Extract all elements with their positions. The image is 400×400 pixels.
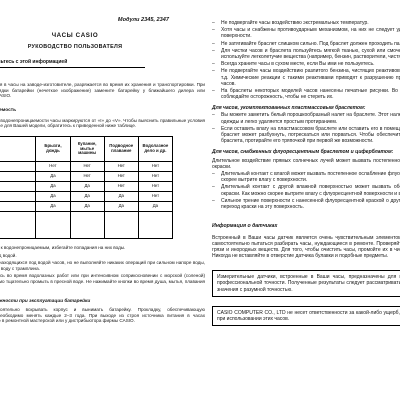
bullet-dash: – <box>212 198 221 210</box>
bullet-text: Вы можете заметить белый порошкообразный… <box>221 112 400 124</box>
water-table-row: Маркировка (50 м)ДаДаНетНет <box>0 181 173 191</box>
bullet-text: Не подвергайте часы воздействию разлитог… <box>221 68 400 87</box>
water-table-row-label: Маркировка (100 м) <box>0 191 36 201</box>
bullet-dash: – <box>212 112 221 124</box>
water-table-cell: Нет <box>70 171 104 181</box>
water-table-cell: Да <box>70 201 104 211</box>
bullet-text: Не затягивайте браслет слишком сильно. П… <box>221 41 400 47</box>
bullet-dash: – <box>212 41 221 47</box>
water-table-column-header: Купание, мытье машины <box>70 136 104 161</box>
bullet-dash: – <box>212 184 221 196</box>
water-resistance-table: Брызги, дождьКупание, мытье машиныПодвод… <box>0 136 173 239</box>
water-table-cell: Нет <box>36 161 70 171</box>
water-table-cell <box>138 211 172 238</box>
water-table-row <box>0 211 173 238</box>
water-table-cell: Да <box>36 181 70 191</box>
manual-page: Модули 2345, 2347 ЧАСЫ CASIO РУКОВОДСТВО… <box>0 0 400 400</box>
water-table-cell: Нет <box>138 171 172 181</box>
bullet-text: Для чистки часов и браслета пользуйтесь … <box>221 48 400 60</box>
bullet-item: –Сильное трение поверхности с нанесенной… <box>212 198 400 210</box>
fluorescent-band-list: –Длительный контакт с влагой может вызва… <box>212 171 400 210</box>
bullet-text: Сильное трение поверхности с нанесенной … <box>221 198 400 210</box>
bullet-dash: – <box>212 61 221 67</box>
bullet-item: –Не подвергайте часы воздействию разлито… <box>212 68 400 87</box>
water-table-row-label <box>0 211 36 238</box>
water-table-header: Брызги, дождьКупание, мытье машиныПодвод… <box>0 136 173 161</box>
water-table-cell <box>70 211 104 238</box>
modules-line: Модули 2345, 2347 <box>0 17 205 23</box>
water-table-cell: Нет <box>70 161 104 171</box>
table-note: Можно нажимать кнопки находящихся под во… <box>0 260 205 271</box>
water-table-cell: Нет <box>138 161 172 171</box>
water-table-row: Маркировка (WR)ДаНетНетНет <box>0 171 173 181</box>
casio-liability-box: CASIO COMPUTER CO., LTD не несет ответст… <box>212 306 400 326</box>
water-table-cell: Да <box>70 191 104 201</box>
bullet-dash: – <box>212 88 221 100</box>
water-table-cell <box>104 211 138 238</box>
water-table-column-header: Водолазное дело и др. <box>138 136 172 161</box>
bullet-dash: – <box>212 171 221 183</box>
right-column: –Не подвергайте часы воздействию экстрем… <box>212 0 400 326</box>
battery-care-heading: Меры предосторожности при эксплуатации б… <box>0 298 205 303</box>
battery-care-paragraph: Не пытайтесь самостоятельно вскрывать ко… <box>0 307 205 324</box>
bullet-text: На браслеты некоторых моделей часов нане… <box>221 88 400 100</box>
table-note: Если часы использовались во время водола… <box>0 273 205 290</box>
water-table-column-header <box>0 136 36 161</box>
bullet-item: –На браслеты некоторых моделей часов нан… <box>212 88 400 100</box>
bullet-item: –Длительный контакт с влагой может вызва… <box>212 171 400 183</box>
general-precautions-list: –Не подвергайте часы воздействию экстрем… <box>212 20 400 100</box>
bullet-item: –Не затягивайте браслет слишком сильно. … <box>212 41 400 47</box>
water-table-cell: Нет <box>138 191 172 201</box>
water-table-cell: Нет <box>104 181 138 191</box>
bullet-text: Всегда храните часы в сухом месте, если … <box>221 61 400 67</box>
water-table-cell: Да <box>104 191 138 201</box>
bullet-item: –Хотя часы и снабжены противоударным мех… <box>212 27 400 39</box>
bullet-item: –Вы можете заметить белый порошкообразны… <box>212 112 400 124</box>
water-resistance-heading: Водонепроницаемость <box>0 108 205 113</box>
intro-heading: Прежде всего ознакомьтесь с этой информа… <box>0 59 145 68</box>
table-note: ** Часы можно мочить под водой. <box>0 253 205 259</box>
bullet-dash: – <box>212 48 221 60</box>
water-table-row: Маркировка (200 м)ДаДаДаДа <box>0 201 173 211</box>
bullet-item: –Всегда храните часы в сухом месте, если… <box>212 61 400 67</box>
bullet-item: –Для чистки часов и браслета пользуйтесь… <box>212 48 400 60</box>
water-table-row: Маркировка (100 м)ДаДаДаНет <box>0 191 173 201</box>
table-notes: * Если часы не относятся к водонепроница… <box>0 245 205 290</box>
sensor-info-heading: Информация о датчиках <box>212 223 400 229</box>
water-table-row-label: Маркировка (200 м) <box>0 201 36 211</box>
water-table-cell: Да <box>70 181 104 191</box>
measurement-disclaimer-box: Измерительные датчики, встроенные в Ваши… <box>212 270 400 297</box>
sensor-paragraph: Встроенный в Ваши часы датчик является о… <box>212 235 400 260</box>
water-table-column-header: Брызги, дождь <box>36 136 70 161</box>
plastic-band-list: –Вы можете заметить белый порошкообразны… <box>212 112 400 144</box>
bullet-text: Длительный контакт с другой влажной пове… <box>221 184 400 196</box>
bullet-item: –Длительный контакт с другой влажной пов… <box>212 184 400 196</box>
battery-paragraph: Батарейка, установленная в часы на завод… <box>0 82 205 99</box>
water-table-column-header: Подводное плавание <box>104 136 138 161</box>
fluorescent-intro: Длительное воздействие прямых солнечных … <box>212 158 400 170</box>
page-title: ЧАСЫ CASIO <box>0 32 205 39</box>
plastic-band-heading: Для часов, укомплектованных пластмассовы… <box>212 105 400 111</box>
water-resistance-paragraph: В зависимости от класса водонепроницаемо… <box>0 118 205 129</box>
bullet-dash: – <box>212 126 221 145</box>
bullet-dash: – <box>212 27 221 39</box>
water-table-cell: Нет <box>104 161 138 171</box>
bullet-text: Если оставить влагу на пластмассовом бра… <box>221 126 400 145</box>
water-table-cell: Да <box>104 201 138 211</box>
bullet-item: –Не подвергайте часы воздействию экстрем… <box>212 20 400 26</box>
page-subtitle: РУКОВОДСТВО ПОЛЬЗОВАТЕЛЯ <box>0 44 205 50</box>
left-column: Модули 2345, 2347 ЧАСЫ CASIO РУКОВОДСТВО… <box>0 0 205 324</box>
bullet-text: Не подвергайте часы воздействию экстрема… <box>221 20 400 26</box>
water-table-row-label: Маркировка (WR) <box>0 171 36 181</box>
water-table-row-label: Маркировка (50 м) <box>0 181 36 191</box>
water-table-row-label: Без маркировки <box>0 161 36 171</box>
bullet-text: Хотя часы и снабжены противоударным меха… <box>221 27 400 39</box>
bullet-dash: – <box>212 20 221 26</box>
water-table-cell: Да <box>36 201 70 211</box>
water-table-cell: Нет <box>104 171 138 181</box>
water-table-cell: Да <box>36 171 70 181</box>
table-note: * Если часы не относятся к водонепроница… <box>0 245 205 251</box>
water-table-row: Без маркировкиНетНетНетНет <box>0 161 173 171</box>
water-table-cell <box>36 211 70 238</box>
fluorescent-band-heading: Для часов, снабженных флуоресцентным бра… <box>212 149 400 155</box>
bullet-item: –Если оставить влагу на пластмассовом бр… <box>212 126 400 145</box>
water-table-cell: Да <box>138 201 172 211</box>
bullet-text: Длительный контакт с влагой может вызват… <box>221 171 400 183</box>
water-table-cell: Да <box>36 191 70 201</box>
bullet-dash: – <box>212 68 221 87</box>
water-table-cell: Нет <box>138 181 172 191</box>
